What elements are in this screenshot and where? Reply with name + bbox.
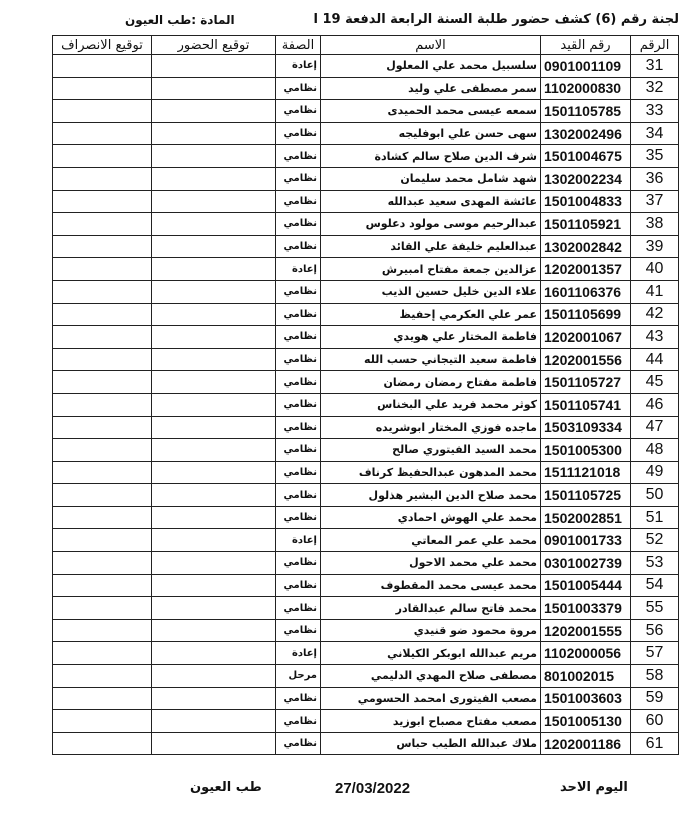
row-status: نظامي — [276, 506, 321, 529]
row-number: 59 — [631, 687, 679, 710]
table-row: 541501005444محمد عيسى محمد المقطوفنظامي — [53, 574, 679, 597]
row-departure-signature-field[interactable] — [53, 461, 152, 484]
table-row: 341302002496سهى حسن علي ابوفليجهنظامي — [53, 122, 679, 145]
row-status: إعادة — [276, 258, 321, 281]
row-departure-signature-field[interactable] — [53, 619, 152, 642]
row-attendance-signature-field[interactable] — [152, 416, 276, 439]
row-status: نظامي — [276, 145, 321, 168]
row-student-name: عبدالعليم خليفة علي القائد — [321, 235, 541, 258]
row-status: نظامي — [276, 100, 321, 123]
row-attendance-signature-field[interactable] — [152, 710, 276, 733]
row-departure-signature-field[interactable] — [53, 348, 152, 371]
row-status: نظامي — [276, 619, 321, 642]
table-row: 611202001186ملاك عبدالله الطيب حباسنظامي — [53, 732, 679, 755]
row-status: مرحل — [276, 665, 321, 688]
row-number: 37 — [631, 190, 679, 213]
row-departure-signature-field[interactable] — [53, 326, 152, 349]
row-status: نظامي — [276, 371, 321, 394]
footer-subject: طب العيون — [190, 780, 262, 795]
row-status: نظامي — [276, 484, 321, 507]
row-student-name: محمد المدهون عبدالحفيظ كرناف — [321, 461, 541, 484]
table-row: 551501003379محمد فاتح سالم عبدالقادرنظام… — [53, 597, 679, 620]
row-status: نظامي — [276, 213, 321, 236]
row-registration-id: 1511121018 — [541, 461, 631, 484]
table-row: 520901001733محمد علي عمر المعاتيإعادة — [53, 529, 679, 552]
row-departure-signature-field[interactable] — [53, 235, 152, 258]
table-row: 351501004675شرف الدين صلاح سالم كشادةنظا… — [53, 145, 679, 168]
document-title: لجنة رقم (6) كشف حضور طلبة السنة الرابعة… — [313, 12, 679, 27]
row-student-name: شهد شامل محمد سليمان — [321, 167, 541, 190]
column-header-number: الرقم — [631, 36, 679, 55]
table-header-row: الرقم رقم القيد الاسم الصفة توقيع الحضور… — [53, 36, 679, 55]
row-attendance-signature-field[interactable] — [152, 461, 276, 484]
row-registration-id: 1503109334 — [541, 416, 631, 439]
row-departure-signature-field[interactable] — [53, 55, 152, 78]
row-student-name: محمد فاتح سالم عبدالقادر — [321, 597, 541, 620]
row-student-name: فاطمة المختار علي هويدي — [321, 326, 541, 349]
row-attendance-signature-field[interactable] — [152, 167, 276, 190]
table-row: 591501003603مصعب الفيتورى امحمد الحسومين… — [53, 687, 679, 710]
row-student-name: مصطفى صلاح المهدي الدليمي — [321, 665, 541, 688]
row-registration-id: 0901001733 — [541, 529, 631, 552]
table-row: 321102000830سمر مصطفى علي وليدنظامي — [53, 77, 679, 100]
row-departure-signature-field[interactable] — [53, 710, 152, 733]
row-status: نظامي — [276, 552, 321, 575]
row-registration-id: 1501105741 — [541, 393, 631, 416]
row-student-name: عزالدين جمعة مفتاح امبيرش — [321, 258, 541, 281]
row-student-name: محمد علي الهوش احمادي — [321, 506, 541, 529]
row-registration-id: 1202001186 — [541, 732, 631, 755]
row-registration-id: 1501003379 — [541, 597, 631, 620]
row-number: 52 — [631, 529, 679, 552]
table-row: 571102000056مريم عبدالله ابوبكر الكيلاني… — [53, 642, 679, 665]
row-registration-id: 1202001067 — [541, 326, 631, 349]
table-row: 371501004833عائشة المهدى سعيد عبداللهنظا… — [53, 190, 679, 213]
row-attendance-signature-field[interactable] — [152, 371, 276, 394]
row-attendance-signature-field[interactable] — [152, 552, 276, 575]
row-student-name: محمد السيد الفيتوري صالح — [321, 439, 541, 462]
row-attendance-signature-field[interactable] — [152, 258, 276, 281]
column-header-attendance-signature: توقيع الحضور — [152, 36, 276, 55]
row-student-name: عبدالرحيم موسى مولود دعلوس — [321, 213, 541, 236]
table-row: 491511121018محمد المدهون عبدالحفيظ كرناف… — [53, 461, 679, 484]
row-student-name: عائشة المهدى سعيد عبدالله — [321, 190, 541, 213]
row-departure-signature-field[interactable] — [53, 213, 152, 236]
row-number: 42 — [631, 303, 679, 326]
table-row: 511502002851محمد علي الهوش احمادينظامي — [53, 506, 679, 529]
table-row: 381501105921عبدالرحيم موسى مولود دعلوسنظ… — [53, 213, 679, 236]
row-status: نظامي — [276, 167, 321, 190]
row-attendance-signature-field[interactable] — [152, 100, 276, 123]
row-attendance-signature-field[interactable] — [152, 642, 276, 665]
row-departure-signature-field[interactable] — [53, 597, 152, 620]
row-attendance-signature-field[interactable] — [152, 235, 276, 258]
row-number: 36 — [631, 167, 679, 190]
subject-label: المادة :طب العيون — [125, 13, 235, 27]
row-number: 45 — [631, 371, 679, 394]
row-student-name: مصعب مفتاح مصباح ابوزيد — [321, 710, 541, 733]
row-attendance-signature-field[interactable] — [152, 145, 276, 168]
row-status: نظامي — [276, 597, 321, 620]
row-departure-signature-field[interactable] — [53, 439, 152, 462]
row-departure-signature-field[interactable] — [53, 574, 152, 597]
row-student-name: مروة محمود ضو قنيدي — [321, 619, 541, 642]
table-row: 461501105741كوثر محمد فريد علي البخناسنظ… — [53, 393, 679, 416]
row-number: 44 — [631, 348, 679, 371]
row-attendance-signature-field[interactable] — [152, 574, 276, 597]
document-header: لجنة رقم (6) كشف حضور طلبة السنة الرابعة… — [0, 12, 695, 34]
table-body: 310901001109سلسبيل محمد علي المعلولإعادة… — [53, 55, 679, 755]
row-departure-signature-field[interactable] — [53, 145, 152, 168]
row-departure-signature-field[interactable] — [53, 687, 152, 710]
row-student-name: محمد علي عمر المعاتي — [321, 529, 541, 552]
row-number: 31 — [631, 55, 679, 78]
row-registration-id: 1501005444 — [541, 574, 631, 597]
row-number: 43 — [631, 326, 679, 349]
row-number: 38 — [631, 213, 679, 236]
row-status: نظامي — [276, 393, 321, 416]
row-registration-id: 1202001357 — [541, 258, 631, 281]
row-attendance-signature-field[interactable] — [152, 506, 276, 529]
row-departure-signature-field[interactable] — [53, 552, 152, 575]
row-attendance-signature-field[interactable] — [152, 732, 276, 755]
attendance-table: الرقم رقم القيد الاسم الصفة توقيع الحضور… — [52, 35, 679, 755]
row-registration-id: 1501105727 — [541, 371, 631, 394]
row-number: 34 — [631, 122, 679, 145]
row-number: 61 — [631, 732, 679, 755]
table-row: 561202001555مروة محمود ضو قنيدينظامي — [53, 619, 679, 642]
row-student-name: ماجده فوزي المختار ابوشريده — [321, 416, 541, 439]
table-row: 471503109334ماجده فوزي المختار ابوشريدهن… — [53, 416, 679, 439]
row-attendance-signature-field[interactable] — [152, 326, 276, 349]
row-departure-signature-field[interactable] — [53, 393, 152, 416]
row-status: نظامي — [276, 574, 321, 597]
row-departure-signature-field[interactable] — [53, 77, 152, 100]
row-departure-signature-field[interactable] — [53, 258, 152, 281]
row-registration-id: 801002015 — [541, 665, 631, 688]
row-student-name: كوثر محمد فريد علي البخناس — [321, 393, 541, 416]
row-registration-id: 1202001556 — [541, 348, 631, 371]
row-student-name: محمد علي محمد الاحول — [321, 552, 541, 575]
row-registration-id: 1302002842 — [541, 235, 631, 258]
row-number: 48 — [631, 439, 679, 462]
row-student-name: سمر مصطفى علي وليد — [321, 77, 541, 100]
footer-day: اليوم الاحد — [560, 780, 628, 795]
row-status: إعادة — [276, 529, 321, 552]
row-student-name: علاء الدين خليل حسين الذيب — [321, 280, 541, 303]
row-departure-signature-field[interactable] — [53, 529, 152, 552]
row-student-name: عمر علي العكرمي إحفيظ — [321, 303, 541, 326]
row-departure-signature-field[interactable] — [53, 100, 152, 123]
row-registration-id: 1501005130 — [541, 710, 631, 733]
row-number: 56 — [631, 619, 679, 642]
row-attendance-signature-field[interactable] — [152, 213, 276, 236]
row-number: 57 — [631, 642, 679, 665]
row-status: نظامي — [276, 122, 321, 145]
row-departure-signature-field[interactable] — [53, 303, 152, 326]
row-registration-id: 0301002739 — [541, 552, 631, 575]
row-student-name: فاطمة سعيد التيجاني حسب الله — [321, 348, 541, 371]
row-number: 51 — [631, 506, 679, 529]
row-number: 47 — [631, 416, 679, 439]
row-student-name: فاطمة مفتاح رمضان رمضان — [321, 371, 541, 394]
row-status: إعادة — [276, 55, 321, 78]
column-header-registration-id: رقم القيد — [541, 36, 631, 55]
row-attendance-signature-field[interactable] — [152, 348, 276, 371]
table-row: 421501105699عمر علي العكرمي إحفيظنظامي — [53, 303, 679, 326]
row-departure-signature-field[interactable] — [53, 167, 152, 190]
row-student-name: محمد عيسى محمد المقطوف — [321, 574, 541, 597]
row-attendance-signature-field[interactable] — [152, 687, 276, 710]
row-number: 58 — [631, 665, 679, 688]
row-number: 53 — [631, 552, 679, 575]
row-status: نظامي — [276, 732, 321, 755]
row-attendance-signature-field[interactable] — [152, 619, 276, 642]
row-registration-id: 1501105699 — [541, 303, 631, 326]
row-student-name: ملاك عبدالله الطيب حباس — [321, 732, 541, 755]
row-status: نظامي — [276, 235, 321, 258]
row-attendance-signature-field[interactable] — [152, 393, 276, 416]
row-attendance-signature-field[interactable] — [152, 439, 276, 462]
row-departure-signature-field[interactable] — [53, 280, 152, 303]
table-row: 451501105727فاطمة مفتاح رمضان رمضاننظامي — [53, 371, 679, 394]
row-attendance-signature-field[interactable] — [152, 122, 276, 145]
row-number: 46 — [631, 393, 679, 416]
row-number: 50 — [631, 484, 679, 507]
row-status: نظامي — [276, 326, 321, 349]
row-departure-signature-field[interactable] — [53, 190, 152, 213]
column-header-name: الاسم — [321, 36, 541, 55]
row-status: نظامي — [276, 416, 321, 439]
row-status: نظامي — [276, 710, 321, 733]
row-status: نظامي — [276, 280, 321, 303]
row-registration-id: 1601106376 — [541, 280, 631, 303]
row-departure-signature-field[interactable] — [53, 484, 152, 507]
row-student-name: سمعه عيسى محمد الحميدى — [321, 100, 541, 123]
row-status: نظامي — [276, 190, 321, 213]
row-registration-id: 1501004675 — [541, 145, 631, 168]
row-departure-signature-field[interactable] — [53, 371, 152, 394]
row-status: نظامي — [276, 687, 321, 710]
row-number: 40 — [631, 258, 679, 281]
row-status: نظامي — [276, 348, 321, 371]
row-student-name: محمد صلاح الدين البشير هذلول — [321, 484, 541, 507]
column-header-departure-signature: توقيع الانصراف — [53, 36, 152, 55]
row-departure-signature-field[interactable] — [53, 416, 152, 439]
row-departure-signature-field[interactable] — [53, 665, 152, 688]
row-status: نظامي — [276, 77, 321, 100]
row-registration-id: 1501105921 — [541, 213, 631, 236]
row-registration-id: 1302002234 — [541, 167, 631, 190]
row-attendance-signature-field[interactable] — [152, 303, 276, 326]
row-departure-signature-field[interactable] — [53, 642, 152, 665]
row-registration-id: 1102000830 — [541, 77, 631, 100]
table-row: 411601106376علاء الدين خليل حسين الذيبنظ… — [53, 280, 679, 303]
row-registration-id: 1202001555 — [541, 619, 631, 642]
row-student-name: شرف الدين صلاح سالم كشادة — [321, 145, 541, 168]
row-number: 39 — [631, 235, 679, 258]
row-number: 54 — [631, 574, 679, 597]
row-registration-id: 1501005300 — [541, 439, 631, 462]
row-student-name: سلسبيل محمد علي المعلول — [321, 55, 541, 78]
row-departure-signature-field[interactable] — [53, 122, 152, 145]
row-status: نظامي — [276, 461, 321, 484]
table-row: 481501005300محمد السيد الفيتوري صالحنظام… — [53, 439, 679, 462]
row-status: إعادة — [276, 642, 321, 665]
row-registration-id: 1502002851 — [541, 506, 631, 529]
row-attendance-signature-field[interactable] — [152, 665, 276, 688]
row-registration-id: 1501105725 — [541, 484, 631, 507]
row-student-name: مصعب الفيتورى امحمد الحسومي — [321, 687, 541, 710]
row-attendance-signature-field[interactable] — [152, 529, 276, 552]
row-number: 33 — [631, 100, 679, 123]
table-row: 431202001067فاطمة المختار علي هويدينظامي — [53, 326, 679, 349]
row-attendance-signature-field[interactable] — [152, 55, 276, 78]
row-attendance-signature-field[interactable] — [152, 484, 276, 507]
table-row: 361302002234شهد شامل محمد سليماننظامي — [53, 167, 679, 190]
row-number: 55 — [631, 597, 679, 620]
table-row: 441202001556فاطمة سعيد التيجاني حسب الله… — [53, 348, 679, 371]
column-header-status: الصفة — [276, 36, 321, 55]
row-registration-id: 1501105785 — [541, 100, 631, 123]
row-attendance-signature-field[interactable] — [152, 280, 276, 303]
row-number: 49 — [631, 461, 679, 484]
row-registration-id: 1302002496 — [541, 122, 631, 145]
row-departure-signature-field[interactable] — [53, 732, 152, 755]
footer-date: 27/03/2022 — [335, 780, 410, 797]
row-status: نظامي — [276, 439, 321, 462]
row-number: 41 — [631, 280, 679, 303]
row-number: 32 — [631, 77, 679, 100]
table-row: 331501105785سمعه عيسى محمد الحميدىنظامي — [53, 100, 679, 123]
table-row: 58801002015مصطفى صلاح المهدي الدليميمرحل — [53, 665, 679, 688]
table-row: 530301002739محمد علي محمد الاحولنظامي — [53, 552, 679, 575]
row-registration-id: 0901001109 — [541, 55, 631, 78]
row-registration-id: 1501004833 — [541, 190, 631, 213]
row-attendance-signature-field[interactable] — [152, 77, 276, 100]
table-row: 501501105725محمد صلاح الدين البشير هذلول… — [53, 484, 679, 507]
row-student-name: سهى حسن علي ابوفليجه — [321, 122, 541, 145]
table-row: 601501005130مصعب مفتاح مصباح ابوزيدنظامي — [53, 710, 679, 733]
row-attendance-signature-field[interactable] — [152, 597, 276, 620]
table-row: 310901001109سلسبيل محمد علي المعلولإعادة — [53, 55, 679, 78]
row-attendance-signature-field[interactable] — [152, 190, 276, 213]
row-status: نظامي — [276, 303, 321, 326]
row-number: 35 — [631, 145, 679, 168]
row-student-name: مريم عبدالله ابوبكر الكيلاني — [321, 642, 541, 665]
row-registration-id: 1102000056 — [541, 642, 631, 665]
table-row: 401202001357عزالدين جمعة مفتاح امبيرشإعا… — [53, 258, 679, 281]
row-registration-id: 1501003603 — [541, 687, 631, 710]
table-row: 391302002842عبدالعليم خليفة علي القائدنظ… — [53, 235, 679, 258]
row-number: 60 — [631, 710, 679, 733]
row-departure-signature-field[interactable] — [53, 506, 152, 529]
